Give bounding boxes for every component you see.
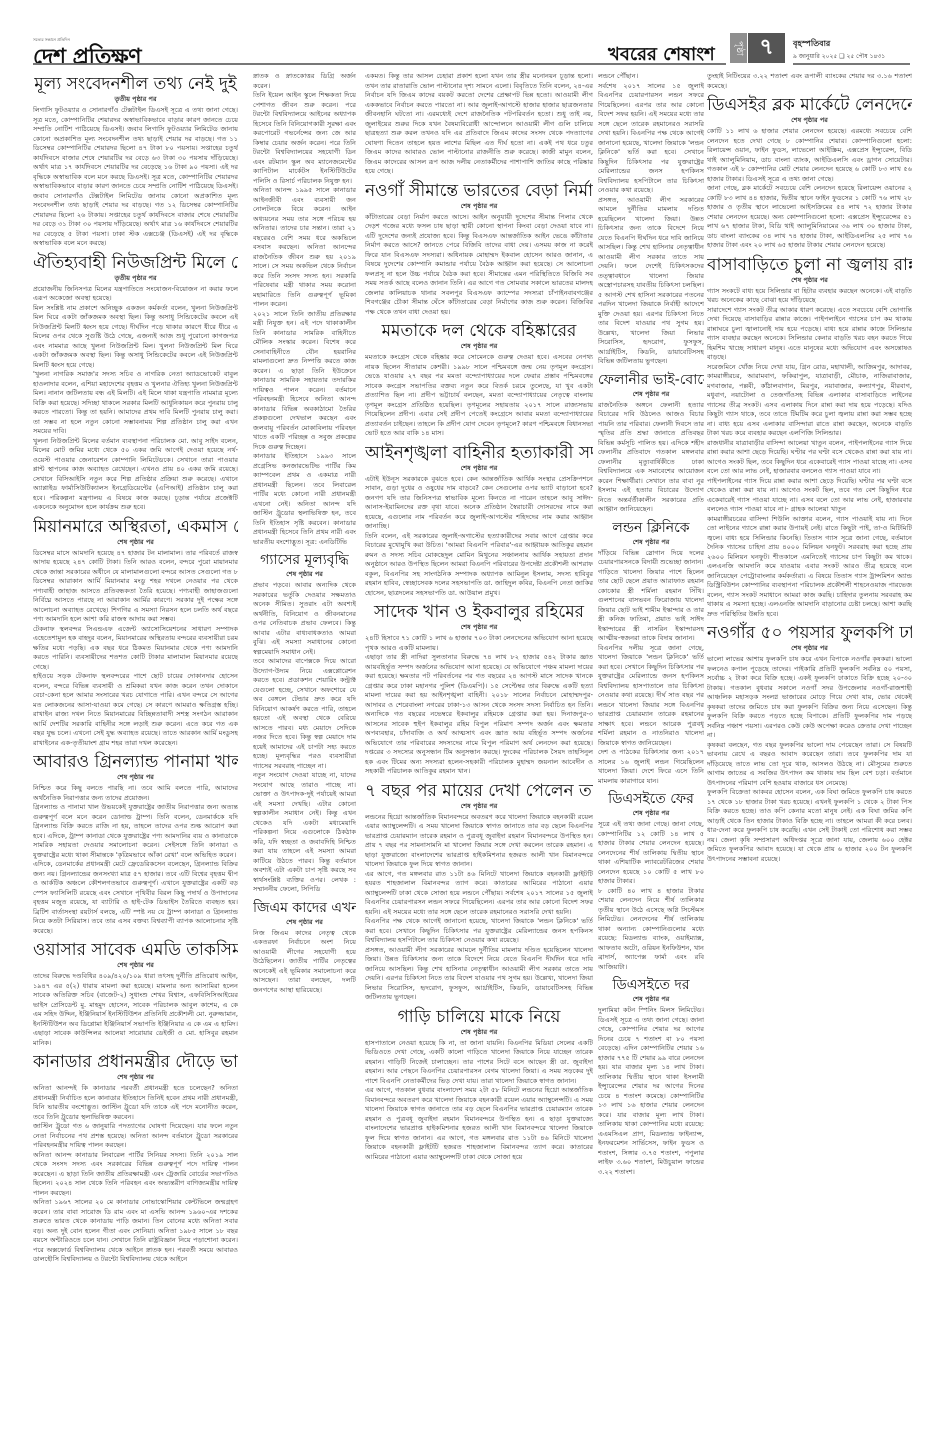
story-headline[interactable]: ঐতিহ্যবাহী নিউজপ্রিন্ট মিলে কেমিক্যাল [33, 253, 238, 273]
story-paragraph: দুলামিয়া কটন স্পিনিং মিলস লিমিটেড। ডিএস… [598, 1006, 704, 1177]
news-story: ওয়াসার সাবেক এমডি তাকসিমসহ ১০শেষ পৃষ্ঠা… [33, 940, 238, 1048]
news-story: লন্ডন ক্লিনিকেশেষ পৃষ্ঠার পরদাঁড়িয়ে বি… [598, 519, 704, 787]
continued-from-label: শেষ পৃষ্ঠার পর [365, 463, 593, 474]
story-paragraph: অনিতা আনন্দই কি কানাডার পরবর্তী প্রধানমন… [33, 1084, 238, 1122]
news-story: স্নাতক ও স্নাতকোত্তর ডিগ্রি অর্জন করেন।ত… [253, 72, 356, 547]
story-paragraph: সারাদেশে গ্যাস সংকট তীব্র আকার ধারণ করেছ… [707, 306, 912, 363]
story-paragraph: বিএনপির দলীয় সূত্রে জানা গেছে, খালেদা জ… [598, 644, 704, 749]
continued-from-label: শেষ পৃষ্ঠার পর [707, 643, 912, 654]
continued-from-label: তৃতীয় পৃষ্ঠার পর [33, 273, 238, 284]
story-paragraph: গাড়িতে খালেদা জিয়ার পাশে ছিলেন তার ছোট… [598, 568, 704, 644]
story-paragraph: নিজ জিএম কাদের নেতৃত্ব থেকে একতরফা নির্ব… [253, 929, 356, 996]
story-paragraph: তুংহাই নিটিংয়ের ৩.২২ শতাংশ এবং রূপালী ব… [707, 72, 912, 91]
news-story: লন্ডনে পৌঁছান।সর্বশেষ ২০১৭ সালের ১৫ জুলা… [598, 72, 704, 367]
continued-from-label: শেষ পৃষ্ঠার পর [365, 341, 593, 352]
story-headline[interactable]: ওয়াসার সাবেক এমডি তাকসিমসহ ১০ [33, 940, 238, 960]
story-paragraph: ২০২১ সালে তিনি জাতীয় প্রতিরক্ষার মন্ত্র… [253, 310, 356, 453]
story-paragraph: এছাড়া তার স্ত্রী নাদিরা সুলতানার বিরুদ্… [365, 653, 593, 777]
news-story: আইনশৃঙ্খলা বাহিনীর হত্যাকারী সদস্যরাশেষ … [365, 443, 593, 599]
news-story: ঐতিহ্যবাহী নিউজপ্রিন্ট মিলে কেমিক্যালতৃত… [33, 253, 238, 513]
story-headline[interactable]: ডিএসইর ব্লক মার্কেটে লেনদেনের [707, 95, 912, 115]
news-story: গ্যাসের মূল্যবৃদ্ধিশেষ পৃষ্ঠার পরপ্রভাব … [253, 551, 356, 895]
story-paragraph: অনিতা আনন্দ কানাডার লিবারেল পার্টির সিনি… [33, 1151, 238, 1199]
story-paragraph: 'খুলনা নাগরিক সমাজ'র সদস্য সচিব ও নাগরিক… [33, 370, 238, 437]
column-1: মূল্য সংবেদনশীল তথ্য নেই দুইতৃতীয় পৃষ্ঠ… [33, 72, 238, 1452]
continued-from-label: শেষ পৃষ্ঠার পর [707, 115, 912, 126]
story-headline[interactable]: নওগাঁর ৫০ পয়সার ফুলকপি ঢাকায় ৩০ টাকা [707, 623, 912, 643]
story-headline[interactable]: লন্ডন ক্লিনিকে [598, 519, 704, 537]
page-label: পৃষ্ঠা [730, 33, 747, 63]
column-2: স্নাতক ও স্নাতকোত্তর ডিগ্রি অর্জন করেন।ত… [253, 72, 356, 1452]
news-story: নওগাঁর ৫০ পয়সার ফুলকপি ঢাকায় ৩০ টাকাশে… [707, 623, 912, 864]
story-headline[interactable]: মূল্য সংবেদনশীল তথ্য নেই দুই [33, 74, 238, 94]
issue-day: বৃহস্পতিবার [793, 38, 830, 51]
news-story: জিএম কাদের এখনশেষ পৃষ্ঠার পরনিজ জিএম কাদ… [253, 899, 356, 996]
story-paragraph: ডিসেম্বর মাসে আমদানি হয়েছে ৪৭ হাজার টন … [33, 549, 238, 625]
news-story: গাড়ি চালিয়ে মাকে নিয়েশেষ পৃষ্ঠার পরহা… [365, 1007, 593, 1163]
story-paragraph: প্রভাব পড়বে। আবার অন্যদিক থেকে সরকারের … [253, 581, 356, 657]
story-headline[interactable]: মমতাকে দল থেকে বহিষ্কারের [365, 321, 593, 341]
story-headline[interactable]: আবারও গ্রিনল্যান্ড পানামা খাল [33, 752, 238, 772]
story-paragraph: ৮ কোটি ৪০ লাখ ৪ হাজার টাকার শেয়ার লেনদে… [598, 887, 704, 973]
masthead-divider [793, 63, 910, 65]
news-story: নওগাঁ সীমান্তে ভারতের বেড়া নির্মাণেরশেষ… [365, 181, 593, 318]
story-paragraph: কানাডার ইতিহাসে ১৯৯৩ সালে প্রগ্রেসিভ কনজ… [253, 452, 356, 547]
continued-from-label: শেষ পৃষ্ঠার পর [253, 917, 356, 928]
continued-from-label: শেষ পৃষ্ঠার পর [365, 801, 593, 812]
story-paragraph: অনিতা আনন্দ ১৯৯৫ সালে কানাডার আইনজীবী এব… [253, 186, 356, 310]
news-story: মূল্য সংবেদনশীল তথ্য নেই দুইতৃতীয় পৃষ্ঠ… [33, 74, 238, 249]
news-story: মমতাকে দল থেকে বহিষ্কারেরশেষ পৃষ্ঠার পরম… [365, 321, 593, 439]
news-story: আবারও গ্রিনল্যান্ড পানামা খালশেষ পৃষ্ঠার… [33, 752, 238, 936]
story-body: তুংহাই নিটিংয়ের ৩.২২ শতাংশ এবং রূপালী ব… [707, 72, 912, 91]
story-paragraph: লন্ডনের হিথ্রো আন্তর্জাতিক বিমানবন্দরে অ… [365, 813, 593, 870]
story-headline[interactable]: ডিএসইতে দর [598, 976, 704, 994]
story-headline[interactable]: নওগাঁ সীমান্তে ভারতের বেড়া নির্মাণের [365, 181, 593, 201]
news-story: একমত। কিন্তু তার আসল চেহারা প্রকাশ হলো য… [365, 72, 593, 177]
story-paragraph: এদিকে, ডেনমার্কের প্রধানমন্ত্রী মেটে ফ্র… [33, 860, 238, 936]
story-paragraph: বিএনপির পক্ষ থেকে আগেই জানানো হয়েছে, খা… [365, 917, 593, 946]
news-story: কানাডার প্রধানমন্ত্রীর দৌড়ে ভারতীয়শেষ … [33, 1052, 238, 1265]
continued-from-label: শেষ পৃষ্ঠার পর [598, 389, 704, 400]
story-body: গ্যাস সংকটে বাধ্য হয়ে সিলিন্ডার বা হিটা… [707, 287, 912, 620]
story-paragraph: প্রসঙ্গত, আওয়ামী লীগ সরকারের আমলে দুর্ন… [598, 196, 704, 367]
story-body: রাজনৈতিক অঙ্গনে ফেলানী হত্যার বিচারের দা… [598, 401, 704, 515]
column-3: একমত। কিন্তু তার আসল চেহারা প্রকাশ হলো য… [365, 72, 593, 1452]
story-body: কাঁটাতারের বেড়া নির্মাণ করতে আসে। আইন অ… [365, 213, 593, 318]
story-paragraph: জানা গেছে, ব্লক মার্কেটে সবচেয়ে বেশি লে… [707, 184, 912, 251]
news-story: ফেলানীর ভাই-বোনেরশেষ পৃষ্ঠার পররাজনৈতিক … [598, 371, 704, 515]
story-headline[interactable]: ফেলানীর ভাই-বোনের [598, 371, 704, 389]
story-paragraph: এর আগে, গত মঙ্গলবার রাত ১১টা ৪৬ মিনিটে খ… [365, 870, 593, 918]
story-body: ২৪টি হিসাবে ৭১ কোটি ১ লাখ ৬ হাজার ৭০৩ টা… [365, 634, 593, 777]
story-body: এটাই ইউনূস সরকারকে বুঝতে হবে। কেন আন্তর্… [365, 475, 593, 599]
issue-date: ৯ জানুয়ারি ২০২৫ ❑ ২৫ পৌষ ১৪৩১ [793, 51, 885, 62]
news-story: বাসাবাড়িতে চুলা না জ্বলায় রান্নায়শেষ … [707, 255, 912, 620]
story-paragraph: লন্ডনে পৌঁছান। [598, 72, 704, 82]
story-body: প্রভাব পড়বে। আবার অন্যদিক থেকে সরকারের … [253, 581, 356, 895]
story-paragraph: প্রসঙ্গত, আওয়ামী লীগ সরকারের আমলে দুর্ন… [365, 946, 593, 1003]
continued-from-label: শেষ পৃষ্ঠার পর [707, 275, 912, 286]
story-paragraph: মিল সংশ্লিষ্ট নাম প্রকাশে অনিচ্ছুক একজন … [33, 304, 238, 371]
news-story: ডিএসইর ব্লক মার্কেটে লেনদেনেরশেষ পৃষ্ঠার… [707, 95, 912, 251]
story-paragraph: প্রয়োজনীয় জিনিসপত্র মিলের যন্ত্রপাতিতে… [33, 285, 238, 304]
masthead: সত্যের সন্ধানে প্রতিদিন দেশ প্রতিক্ষণ খব… [0, 0, 945, 64]
story-paragraph: একমত। কিন্তু তার আসল চেহারা প্রকাশ হলো য… [365, 72, 593, 177]
story-body: দাঁড়িয়ে বিভিন্ন স্লোগান দিয়ে দলের চেয… [598, 549, 704, 787]
story-paragraph: কৃষকরা বলছেন, গত বছর ফুলকপির ভালো দাম পে… [707, 741, 912, 789]
story-paragraph: কোটি ১১ লাখ ৬ হাজার শেয়ার লেনদেন হয়েছে… [707, 127, 912, 184]
continued-from-label: শেষ পৃষ্ঠার পর [33, 960, 238, 971]
story-paragraph: ফুলকপি বিক্রেতা আকবর হোসেন বলেন, এক বিঘা… [707, 788, 912, 864]
story-body: লন্ডনে পৌঁছান।সর্বশেষ ২০১৭ সালের ১৫ জুলা… [598, 72, 704, 367]
story-paragraph: রাজনৈতিক অঙ্গনে ফেলানী হত্যার বিচারের দা… [598, 401, 704, 515]
story-headline[interactable]: আইনশৃঙ্খলা বাহিনীর হত্যাকারী সদস্যরা [365, 443, 593, 463]
news-story: মিয়ানমারে অস্থিরতা, একমাস টেকনাফশেষ পৃষ… [33, 517, 238, 749]
story-paragraph: লিগাসি ফুটওয়্যার ও সোনারগাঁও টেক্সটাইল … [33, 106, 238, 249]
story-headline[interactable]: জিএম কাদের এখন [253, 899, 356, 917]
news-story: সাদেক খান ও ইকবালুর রহিমেরশেষ পৃষ্ঠার পর… [365, 602, 593, 777]
story-paragraph: টেকনাফ স্থলবন্দর সিএন্ডএফ এজেন্ট অ্যাসোস… [33, 625, 238, 673]
news-story: তুংহাই নিটিংয়ের ৩.২২ শতাংশ এবং রূপালী ব… [707, 72, 912, 91]
story-body: নিশ্চিত করে কিছু বলতে পারছি না। তবে আমি … [33, 784, 238, 936]
story-headline[interactable]: বাসাবাড়িতে চুলা না জ্বলায় রান্নায় [707, 255, 912, 275]
story-paragraph: রাজধানীর যাত্রাবাড়ীর বাসিন্দা আলেয়া খা… [707, 439, 912, 477]
story-body: সূত্রে এই তথ্য জানা গেছে। জানা গেছে, কোম… [598, 820, 704, 972]
story-paragraph: সরেজমিনে খোঁজ নিয়ে দেখা যায়, গ্রিন রোড… [707, 363, 912, 439]
story-paragraph: দেশ ও পাঠকের চিকিৎসার জন্য ২০১৭ সালের ১৬… [598, 748, 704, 786]
story-paragraph: মমতাকে কংগ্রেস থেকে বহিষ্কার করে সোমেনকে… [365, 353, 593, 439]
story-paragraph: গ্রিনল্যান্ড ও পানামা খাল উভয়কেই যুক্তর… [33, 803, 238, 860]
continued-from-label: শেষ পৃষ্ঠার পর [365, 622, 593, 633]
continued-from-label: শেষ পৃষ্ঠার পর [33, 537, 238, 548]
continued-from-label: শেষ পৃষ্ঠার পর [598, 808, 704, 819]
story-body: প্রয়োজনীয় জিনিসপত্র মিলের যন্ত্রপাতিতে… [33, 285, 238, 513]
column-5: তুংহাই নিটিংয়ের ৩.২২ শতাংশ এবং রূপালী ব… [707, 72, 912, 1452]
story-paragraph: এর আগে, গতকাল বুধবার বাংলাদেশ সময় ২টা ৫… [365, 1086, 593, 1162]
story-headline[interactable]: মিয়ানমারে অস্থিরতা, একমাস টেকনাফ [33, 517, 238, 537]
story-body: মমতাকে কংগ্রেস থেকে বহিষ্কার করে সোমেনকে… [365, 353, 593, 439]
page-number: ৭ [748, 33, 785, 63]
story-body: দুলামিয়া কটন স্পিনিং মিলস লিমিটেড। ডিএস… [598, 1006, 704, 1177]
story-body: ডিসেম্বর মাসে আমদানি হয়েছে ৪৭ হাজার টন … [33, 549, 238, 749]
story-paragraph: তিনি বলেন, এই সরকারের জুলাই-অগাস্টের হত্… [365, 532, 593, 599]
story-headline[interactable]: ৭ বছর পর মায়ের দেখা পেলেন তারেক [365, 781, 593, 801]
section-title: খবরের শেষাংশ [608, 40, 715, 71]
masthead-divider [33, 63, 726, 65]
story-paragraph: এটাই ইউনূস সরকারকে বুঝতে হবে। কেন আন্তর্… [365, 475, 593, 532]
story-paragraph: পাইপলাইনের গ্যাস দিয়ে রান্না করার আশা ছ… [707, 477, 912, 515]
story-paragraph: অনিতা ১৯৬৭ সালের ২০ মে কানাডার নোভাস্কোশ… [33, 1198, 238, 1265]
story-paragraph: নিশ্চিত করে কিছু বলতে পারছি না। তবে আমি … [33, 784, 238, 803]
story-paragraph: জাস্টিন ট্রুডো গত ৬ জানুয়ারি পদত্যাগের … [33, 1122, 238, 1151]
story-body: লিগাসি ফুটওয়্যার ও সোনারগাঁও টেক্সটাইল … [33, 106, 238, 249]
continued-from-label: শেষ পৃষ্ঠার পর [33, 1072, 238, 1083]
story-paragraph: গ্যাস সংকটে বাধ্য হয়ে সিলিন্ডার বা হিটা… [707, 287, 912, 306]
story-paragraph: ২৪টি হিসাবে ৭১ কোটি ১ লাখ ৬ হাজার ৭০৩ টা… [365, 634, 593, 653]
story-paragraph: সর্বশেষ ২০১৭ সালের ১৫ জুলাই বিএনপির চেয়… [598, 82, 704, 196]
story-body: অনিতা আনন্দই কি কানাডার পরবর্তী প্রধানমন… [33, 1084, 238, 1265]
story-body: একমত। কিন্তু তার আসল চেহারা প্রকাশ হলো য… [365, 72, 593, 177]
continued-from-label: শেষ পৃষ্ঠার পর [33, 772, 238, 783]
story-headline[interactable]: গ্যাসের মূল্যবৃদ্ধি [253, 551, 356, 569]
story-headline[interactable]: সাদেক খান ও ইকবালুর রহিমের [365, 602, 593, 622]
news-story: ৭ বছর পর মায়ের দেখা পেলেন তারেকশেষ পৃষ্… [365, 781, 593, 1003]
story-headline[interactable]: কানাডার প্রধানমন্ত্রীর দৌড়ে ভারতীয় [33, 1052, 238, 1072]
story-paragraph: ভালো লাভের আশায় ফুলকপি চাষ করে এখন বিপা… [707, 655, 912, 741]
story-paragraph: হাইওয়ে সড়ক টেকনাফ স্থলবন্দরের পাশে ছোট… [33, 672, 238, 748]
story-body: নিজ জিএম কাদের নেতৃত্ব থেকে একতরফা নির্ব… [253, 929, 356, 996]
story-body: লন্ডনের হিথ্রো আন্তর্জাতিক বিমানবন্দরে অ… [365, 813, 593, 1003]
story-body: কোটি ১১ লাখ ৬ হাজার শেয়ার লেনদেন হয়েছে… [707, 127, 912, 251]
story-headline[interactable]: গাড়ি চালিয়ে মাকে নিয়ে [365, 1007, 593, 1027]
story-paragraph: খুলনা নিউজপ্রিন্ট মিলের বর্তমান ব্যবস্থা… [33, 437, 238, 513]
story-paragraph: হাসপাতালে নেওয়া হয়েছে কি না, তা জানা য… [365, 1039, 593, 1087]
continued-from-label: শেষ পৃষ্ঠার পর [598, 994, 704, 1005]
story-paragraph: স্নাতক ও স্নাতকোত্তর ডিগ্রি অর্জন করেন। [253, 72, 356, 91]
story-paragraph: তিনি ইয়েল আইন স্কুলে শিক্ষকতা দিয়ে পেশ… [253, 91, 356, 186]
continued-from-label: শেষ পৃষ্ঠার পর [365, 201, 593, 212]
story-body: তাদের বিরুদ্ধে দণ্ডবিধির ৪০৯/৪২০/১০৯ ধার… [33, 972, 238, 1048]
news-story: ডিএসইতে ফেরশেষ পৃষ্ঠার পরসূত্রে এই তথ্য … [598, 790, 704, 972]
story-paragraph: কামরাঙ্গীরচরের বাসিন্দা শিউলি আক্তার বলে… [707, 515, 912, 620]
story-headline[interactable]: ডিএসইতে ফের [598, 790, 704, 808]
story-body: স্নাতক ও স্নাতকোত্তর ডিগ্রি অর্জন করেন।ত… [253, 72, 356, 547]
news-story: ডিএসইতে দরশেষ পৃষ্ঠার পরদুলামিয়া কটন স্… [598, 976, 704, 1177]
story-paragraph: তবে আমাদের বাপেক্সকে দিয়ে আরো উদ্যোগ-উদ… [253, 657, 356, 771]
continued-from-label: শেষ পৃষ্ঠার পর [365, 1027, 593, 1038]
continued-from-label: শেষ পৃষ্ঠার পর [598, 537, 704, 548]
story-paragraph: কাঁটাতারের বেড়া নির্মাণ করতে আসে। আইন অ… [365, 213, 593, 318]
story-paragraph: তাদের বিরুদ্ধে দণ্ডবিধির ৪০৯/৪২০/১০৯ ধার… [33, 972, 238, 1048]
story-paragraph: সূত্রে এই তথ্য জানা গেছে। জানা গেছে, কোম… [598, 820, 704, 887]
story-body: ভালো লাভের আশায় ফুলকপি চাষ করে এখন বিপা… [707, 655, 912, 864]
column-4: লন্ডনে পৌঁছান।সর্বশেষ ২০১৭ সালের ১৫ জুলা… [598, 72, 704, 1452]
continued-from-label: শেষ পৃষ্ঠার পর [253, 569, 356, 580]
continued-from-label: তৃতীয় পৃষ্ঠার পর [33, 94, 238, 105]
story-paragraph: দাঁড়িয়ে বিভিন্ন স্লোগান দিয়ে দলের চেয… [598, 549, 704, 568]
story-paragraph: নতুন সংযোগ দেওয়া যাচ্ছে না, যাদের সংযোগ… [253, 771, 356, 895]
story-body: হাসপাতালে নেওয়া হয়েছে কি না, তা জানা য… [365, 1039, 593, 1163]
